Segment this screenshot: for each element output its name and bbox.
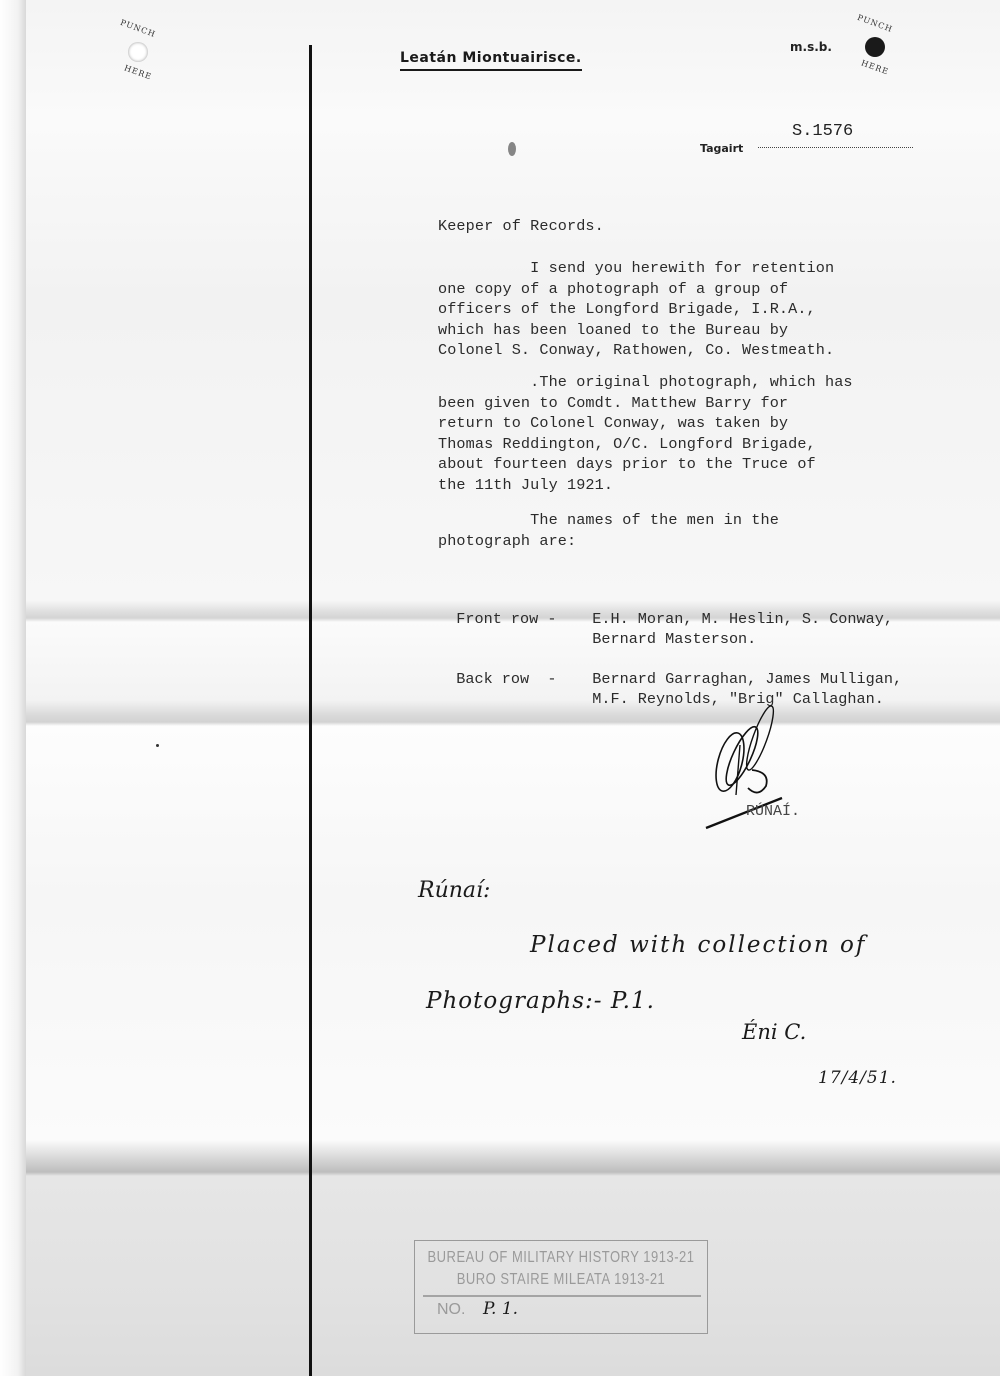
stamp-number-value: P. 1. — [483, 1299, 518, 1319]
handwritten-initials: Éni C. — [742, 1020, 806, 1044]
stamp-number-label: NO. — [437, 1301, 465, 1319]
form-title: Leatán Miontuairisce. — [400, 50, 582, 71]
reference-dotted-line — [758, 147, 913, 148]
msb-label: m.s.b. — [790, 40, 832, 54]
stamp-divider — [423, 1295, 701, 1297]
stamp-line-2: BURO STAIRE MILEATA 1913-21 — [415, 1270, 707, 1288]
addressee: Keeper of Records. — [438, 216, 604, 237]
signatory-title: RÚNAÍ. — [746, 803, 800, 820]
reference-label: Tagairt — [700, 142, 743, 155]
letter-paragraph-2: .The original photograph, which has been… — [438, 372, 853, 495]
front-row-values: E.H. Moran, M. Heslin, S. Conway, Bernar… — [592, 609, 893, 650]
stamp-line-1: BUREAU OF MILITARY HISTORY 1913-21 — [415, 1248, 707, 1266]
front-row-label: Front row - — [456, 609, 592, 630]
back-row-label: Back row - — [456, 669, 592, 690]
handwritten-line-2: Photographs:- P.1. — [426, 988, 655, 1014]
scan-edge — [0, 0, 26, 1376]
paper-speck — [156, 744, 159, 747]
reference-number: S.1576 — [792, 122, 853, 141]
punch-hole-icon — [128, 42, 148, 62]
back-row-names: Back row -Bernard Garraghan, James Mulli… — [438, 648, 902, 710]
ink-smudge — [508, 142, 516, 156]
handwritten-date: 17/4/51. — [818, 1068, 897, 1088]
punch-here-mark-right: PUNCH HERE — [843, 15, 907, 79]
letter-paragraph-3: The names of the men in the photograph a… — [438, 510, 779, 551]
margin-rule — [309, 45, 312, 1376]
handwritten-salutation: Rúnaí: — [418, 878, 490, 903]
front-row-names: Front row -E.H. Moran, M. Heslin, S. Con… — [438, 588, 893, 650]
punch-dot-icon — [865, 37, 885, 57]
handwritten-line-1: Placed with collection of — [530, 932, 866, 958]
archive-stamp: BUREAU OF MILITARY HISTORY 1913-21 BURO … — [414, 1240, 708, 1334]
letter-paragraph-1: I send you herewith for retention one co… — [438, 258, 834, 361]
punch-here-mark-left: PUNCH HERE — [106, 20, 170, 84]
